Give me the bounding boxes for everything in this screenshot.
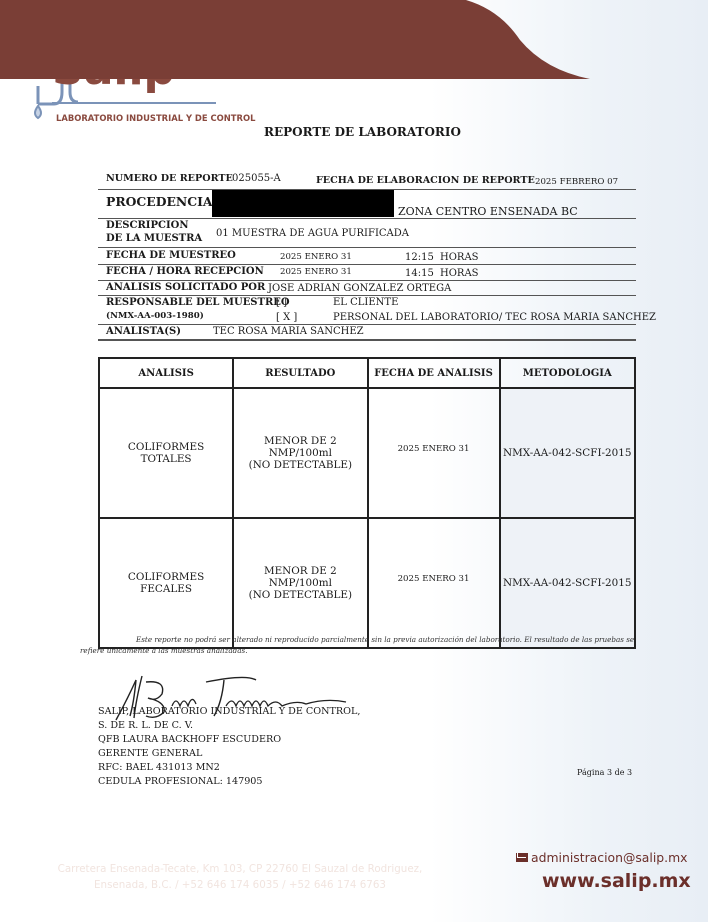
divider [98, 218, 636, 219]
table-header-row: ANALISIS RESULTADO FECHA DE ANALISIS MET… [99, 358, 635, 388]
procedencia-label: PROCEDENCIA [106, 194, 213, 209]
option-cliente-label: EL CLIENTE [333, 297, 398, 308]
horas-label: HORAS [440, 252, 479, 263]
footer-band [0, 0, 708, 79]
solicitado-label: ANALISIS SOLICITADO POR [106, 282, 265, 293]
responsable-norma: (NMX-AA-003-1980) [106, 311, 204, 321]
descripcion-label: DESCRIPCION [106, 220, 188, 231]
signature-block: SALIP, LABORATORIO INDUSTRIAL Y DE CONTR… [98, 705, 360, 789]
divider [98, 280, 636, 281]
analista-value: TEC ROSA MARIA SANCHEZ [213, 326, 364, 337]
resultado-line-2: NMP/100ml [236, 577, 364, 589]
divider [98, 339, 636, 341]
resultado-line-1: MENOR DE 2 [236, 435, 364, 447]
company-type: S. DE R. L. DE C. V. [98, 719, 360, 733]
solicitado-value: JOSE ADRIAN GONZALEZ ORTEGA [268, 283, 451, 294]
company-name: SALIP, LABORATORIO INDUSTRIAL Y DE CONTR… [98, 705, 360, 719]
resultado-line-3: (NO DETECTABLE) [236, 459, 364, 471]
logo-underline [52, 102, 216, 104]
table-row: COLIFORMES FECALES MENOR DE 2 NMP/100ml … [99, 518, 635, 648]
column-header-resultado: RESULTADO [233, 358, 367, 388]
fecha-elaboracion-value: 2025 FEBRERO 07 [535, 177, 618, 187]
option-cliente-checkbox[interactable]: [ ] [276, 297, 287, 308]
option-laboratorio-checkbox[interactable]: [ X ] [276, 312, 297, 323]
numero-label: NUMERO DE REPORTE [106, 173, 233, 184]
resultado-line-2: NMP/100ml [236, 447, 364, 459]
recepcion-time: 14:15 [405, 268, 434, 279]
fecha-muestreo-time: 12:15 [405, 252, 434, 263]
descripcion-value: 01 MUESTRA DE AGUA PURIFICADA [216, 228, 409, 239]
column-header-metodologia: METODOLOGIA [500, 358, 635, 388]
column-header-analisis: ANALISIS [99, 358, 233, 388]
recepcion-date: 2025 ENERO 31 [280, 267, 352, 277]
address-line-1: Carretera Ensenada-Tecate, Km 103, CP 22… [40, 861, 440, 877]
cell-analisis: COLIFORMES TOTALES [99, 388, 233, 518]
mail-icon [516, 853, 528, 862]
footer-address: Carretera Ensenada-Tecate, Km 103, CP 22… [40, 861, 440, 893]
horas-label-2: HORAS [440, 268, 479, 279]
logo-subtitle: LABORATORIO INDUSTRIAL Y DE CONTROL [56, 113, 255, 123]
disclaimer-text: Este reporte no podrá ser alterado ni re… [80, 634, 640, 656]
cell-resultado: MENOR DE 2 NMP/100ml (NO DETECTABLE) [233, 388, 367, 518]
resultado-line-1: MENOR DE 2 [236, 565, 364, 577]
email-link[interactable]: administracion@salip.mx [531, 850, 688, 865]
divider [98, 264, 636, 265]
footer-website[interactable]: www.salip.mx [542, 870, 691, 892]
cell-resultado: MENOR DE 2 NMP/100ml (NO DETECTABLE) [233, 518, 367, 648]
cell-metodologia: NMX-AA-042-SCFI-2015 [500, 388, 635, 518]
signer-title: GERENTE GENERAL [98, 747, 360, 761]
address-line-2: Ensenada, B.C. / +52 646 174 6035 / +52 … [40, 877, 440, 893]
cell-fecha: 2025 ENERO 31 [368, 518, 500, 648]
numero-value: 025055-A [232, 173, 281, 184]
fecha-elaboracion-label: FECHA DE ELABORACION DE REPORTE [316, 175, 535, 186]
redacted-block [212, 190, 394, 217]
page-number: Página 3 de 3 [577, 768, 632, 777]
procedencia-value: ZONA CENTRO ENSENADA BC [398, 205, 578, 218]
results-table: ANALISIS RESULTADO FECHA DE ANALISIS MET… [98, 357, 636, 649]
cell-metodologia: NMX-AA-042-SCFI-2015 [500, 518, 635, 648]
page-title: REPORTE DE LABORATORIO [264, 125, 461, 139]
recepcion-label: FECHA / HORA RECEPCION [106, 266, 264, 277]
analista-label: ANALISTA(S) [106, 326, 181, 337]
descripcion-label-2: DE LA MUESTRA [106, 233, 202, 244]
signer-name: QFB LAURA BACKHOFF ESCUDERO [98, 733, 360, 747]
cell-analisis: COLIFORMES FECALES [99, 518, 233, 648]
fecha-muestreo-label: FECHA DE MUESTREO [106, 250, 236, 261]
cell-fecha: 2025 ENERO 31 [368, 388, 500, 518]
resultado-line-3: (NO DETECTABLE) [236, 589, 364, 601]
responsable-label: RESPONSABLE DEL MUESTREO [106, 297, 290, 308]
column-header-fecha: FECHA DE ANALISIS [368, 358, 500, 388]
signer-cedula: CEDULA PROFESIONAL: 147905 [98, 775, 360, 789]
divider [98, 295, 636, 296]
divider [98, 247, 636, 248]
divider [98, 324, 636, 325]
footer-email[interactable]: administracion@salip.mx [516, 850, 688, 865]
table-row: COLIFORMES TOTALES MENOR DE 2 NMP/100ml … [99, 388, 635, 518]
fecha-muestreo-date: 2025 ENERO 31 [280, 252, 352, 262]
signer-rfc: RFC: BAEL 431013 MN2 [98, 761, 360, 775]
option-laboratorio-label: PERSONAL DEL LABORATORIO/ TEC ROSA MARIA… [333, 312, 656, 323]
